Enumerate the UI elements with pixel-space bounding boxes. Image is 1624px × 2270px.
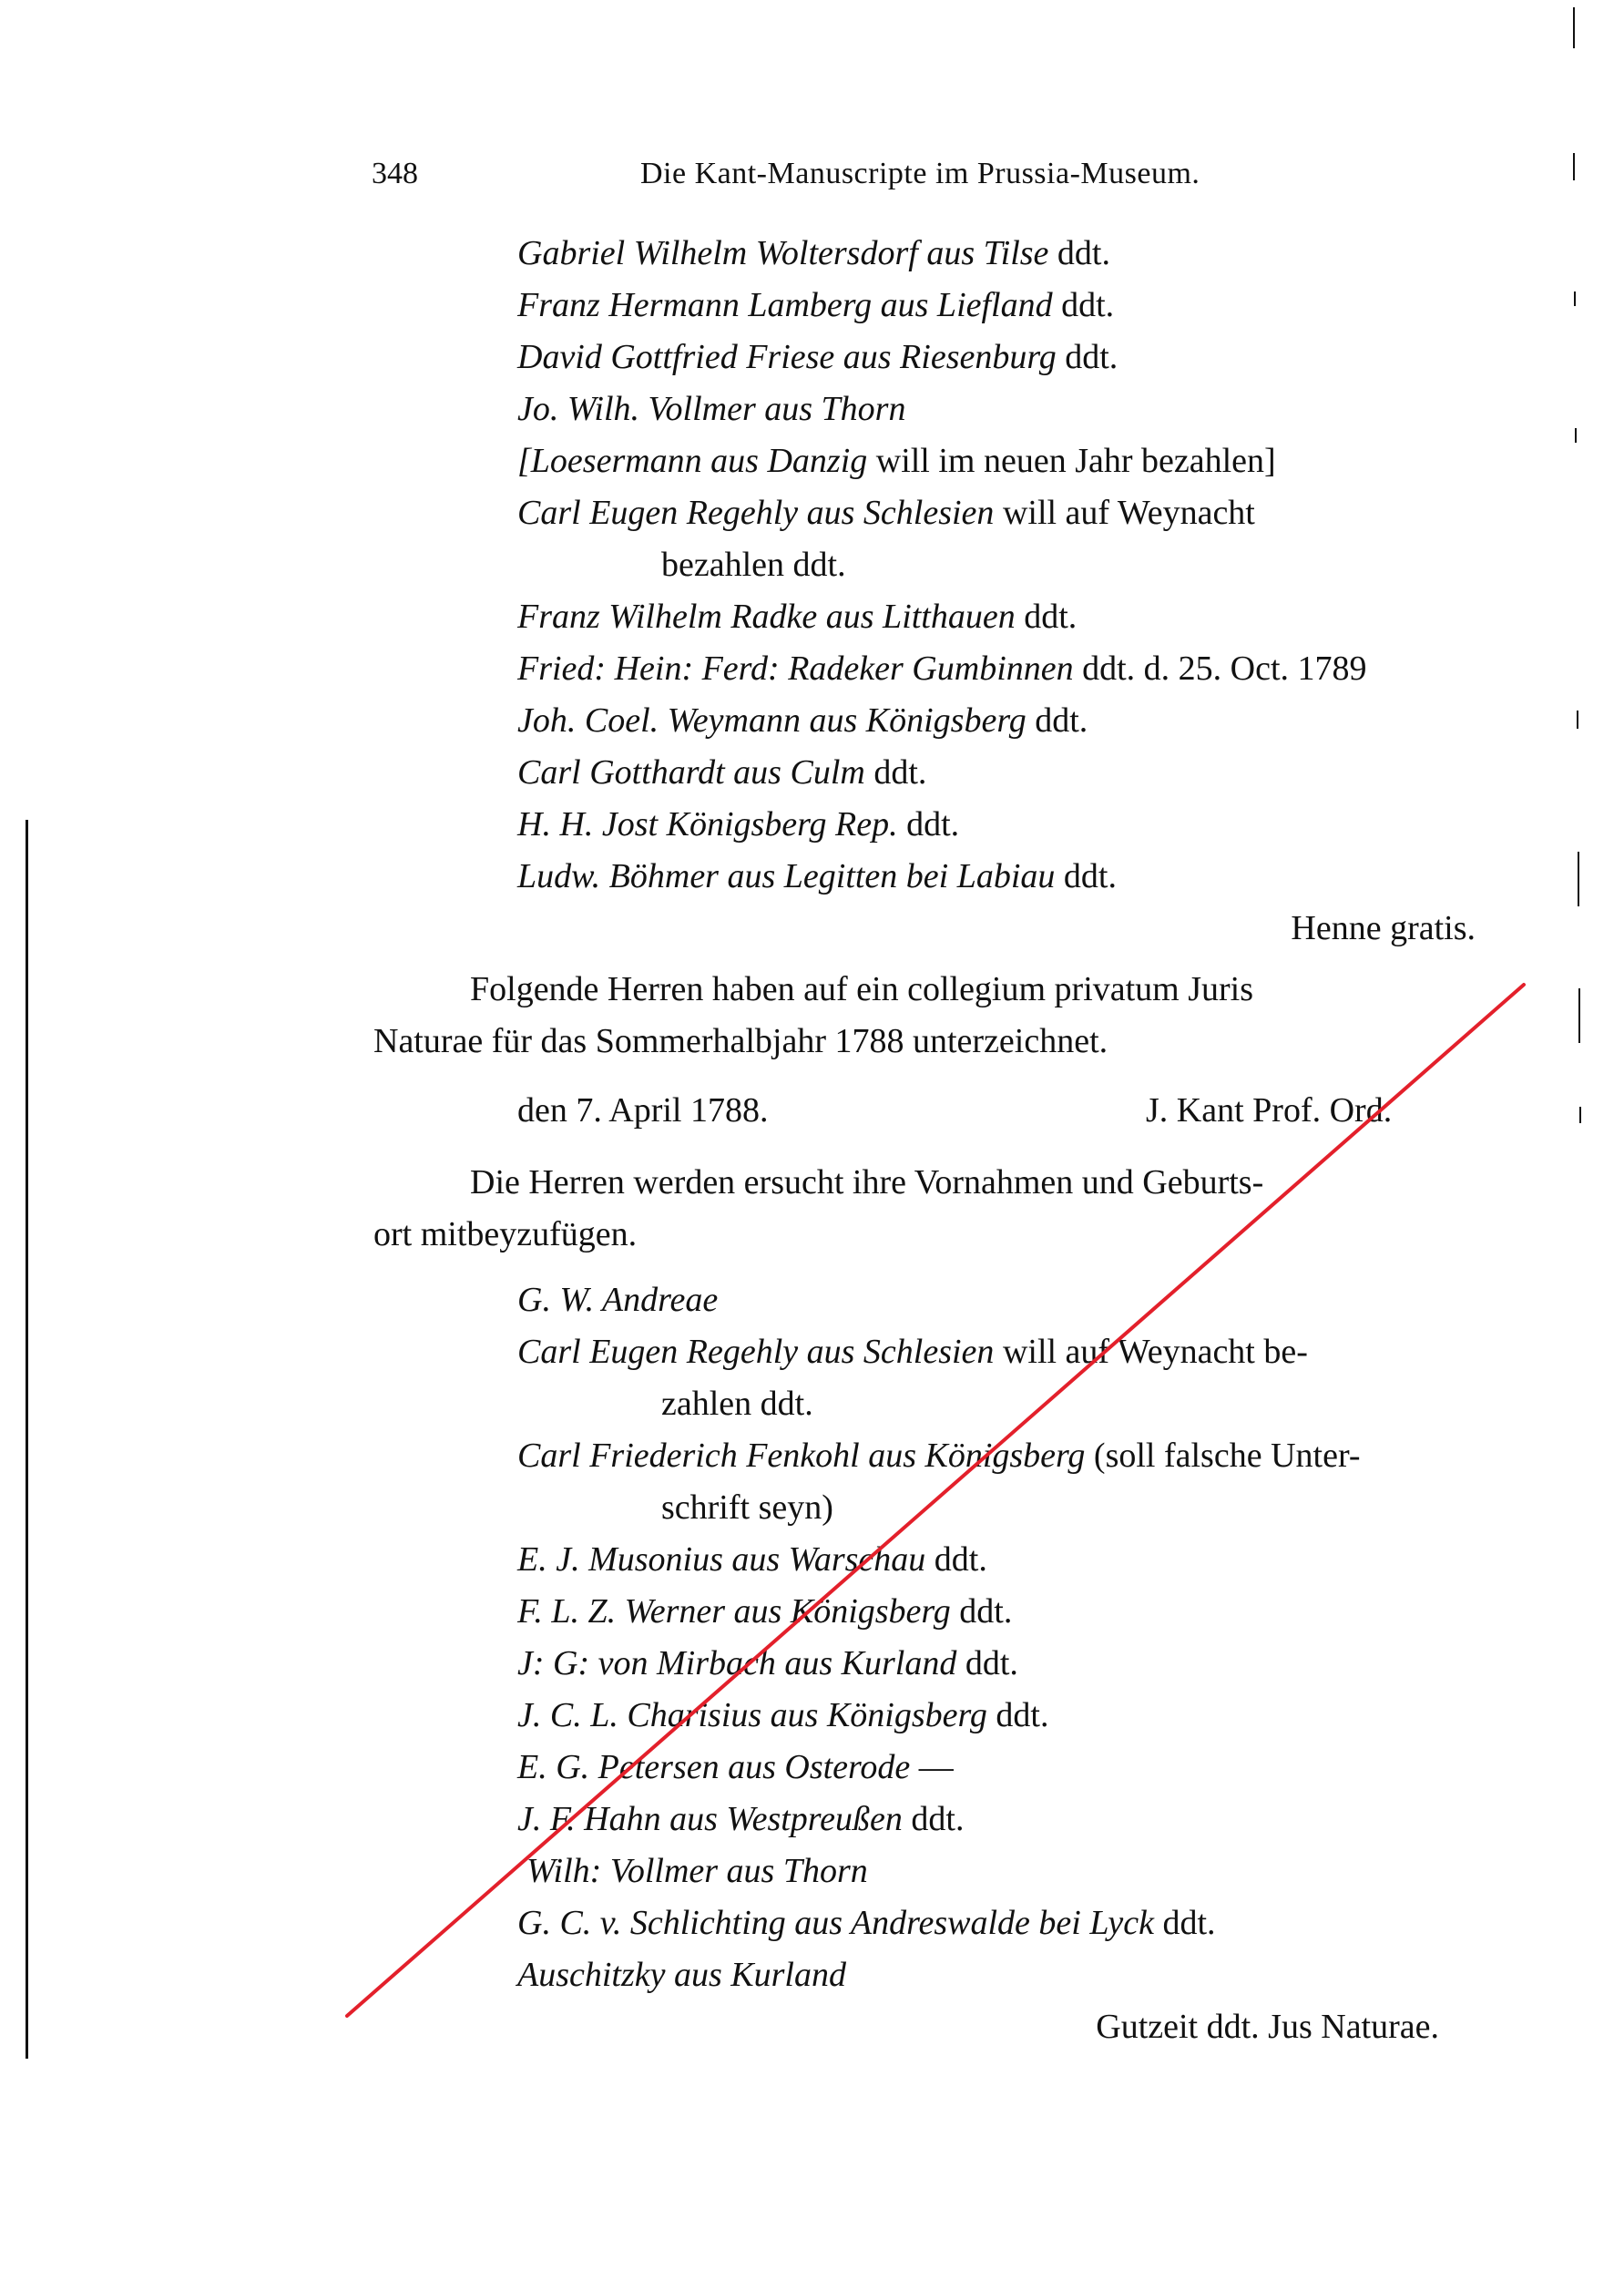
list-item: J: G: von Mirbach aus Kurland ddt.	[517, 1642, 1018, 1684]
right-margin-tick	[1575, 428, 1577, 443]
left-margin-scan-edge	[26, 820, 28, 2059]
list-item: Franz Wilhelm Radke aus Litthauen ddt.	[517, 596, 1077, 638]
list-item: Fried: Hein: Ferd: Radeker Gumbinnen ddt…	[517, 648, 1367, 690]
list-item: Gabriel Wilhelm Woltersdorf aus Tilse dd…	[517, 232, 1110, 274]
list-item: Joh. Coel. Weymann aus Königsberg ddt.	[517, 700, 1088, 741]
list-item: Carl Eugen Regehly aus Schlesien will au…	[517, 1331, 1308, 1373]
right-margin-tick	[1574, 291, 1576, 306]
right-margin-tick	[1578, 852, 1579, 906]
paragraph-line: ort mitbeyzufügen.	[373, 1213, 637, 1255]
list-item: Carl Friederich Fenkohl aus Königsberg (…	[517, 1435, 1361, 1477]
list-item-continuation: schrift seyn)	[661, 1487, 833, 1529]
list-item: J. F. Hahn aus Westpreußen ddt.	[517, 1798, 964, 1840]
list-item: E. G. Petersen aus Osterode —	[517, 1746, 954, 1788]
list-item: Wilh: Vollmer aus Thorn	[526, 1850, 868, 1892]
list-item-continuation: bezahlen ddt.	[661, 544, 846, 586]
list-item: Carl Eugen Regehly aus Schlesien will au…	[517, 492, 1255, 534]
list-item: H. H. Jost Königsberg Rep. ddt.	[517, 803, 959, 845]
date: den 7. April 1788.	[517, 1089, 768, 1131]
list-item: G. C. v. Schlichting aus Andreswalde bei…	[517, 1902, 1216, 1944]
list-item: David Gottfried Friese aus Riesenburg dd…	[517, 336, 1118, 378]
paragraph-line: Naturae für das Sommerhalbjahr 1788 unte…	[373, 1020, 1108, 1062]
page-number: 348	[372, 153, 418, 195]
list-item-continuation: zahlen ddt.	[661, 1383, 813, 1425]
right-margin-tick	[1573, 7, 1575, 48]
right-margin-tick	[1579, 1107, 1581, 1123]
right-margin-tick	[1577, 711, 1578, 729]
running-title: Die Kant-Manuscripte im Prussia-Museum.	[640, 153, 1200, 195]
list-item: F. L. Z. Werner aus Königsberg ddt.	[517, 1590, 1012, 1632]
paragraph-line: Die Herren werden ersucht ihre Vornahmen…	[470, 1161, 1263, 1203]
paragraph-line: Folgende Herren haben auf ein collegium …	[470, 968, 1506, 1010]
right-margin-tick	[1573, 153, 1575, 180]
henne-note: Henne gratis.	[1093, 907, 1476, 949]
list-item: Auschitzky aus Kurland	[517, 1954, 846, 1996]
list-item: Jo. Wilh. Vollmer aus Thorn	[517, 388, 905, 430]
list-item: E. J. Musonius aus Warschau ddt.	[517, 1539, 987, 1580]
list-item: G. W. Andreae	[517, 1279, 718, 1321]
list-item: Carl Gotthardt aus Culm ddt.	[517, 752, 926, 793]
list-item: Ludw. Böhmer aus Legitten bei Labiau ddt…	[517, 855, 1117, 897]
signature: J. Kant Prof. Ord.	[1146, 1089, 1392, 1131]
list-item: [Loesermann aus Danzig will im neuen Jah…	[517, 440, 1276, 482]
right-margin-tick	[1578, 988, 1580, 1043]
list-item: Franz Hermann Lamberg aus Liefland ddt.	[517, 284, 1114, 326]
closing-line: Gutzeit ddt. Jus Naturae.	[911, 2006, 1439, 2048]
list-item: J. C. L. Charisius aus Königsberg ddt.	[517, 1694, 1048, 1736]
